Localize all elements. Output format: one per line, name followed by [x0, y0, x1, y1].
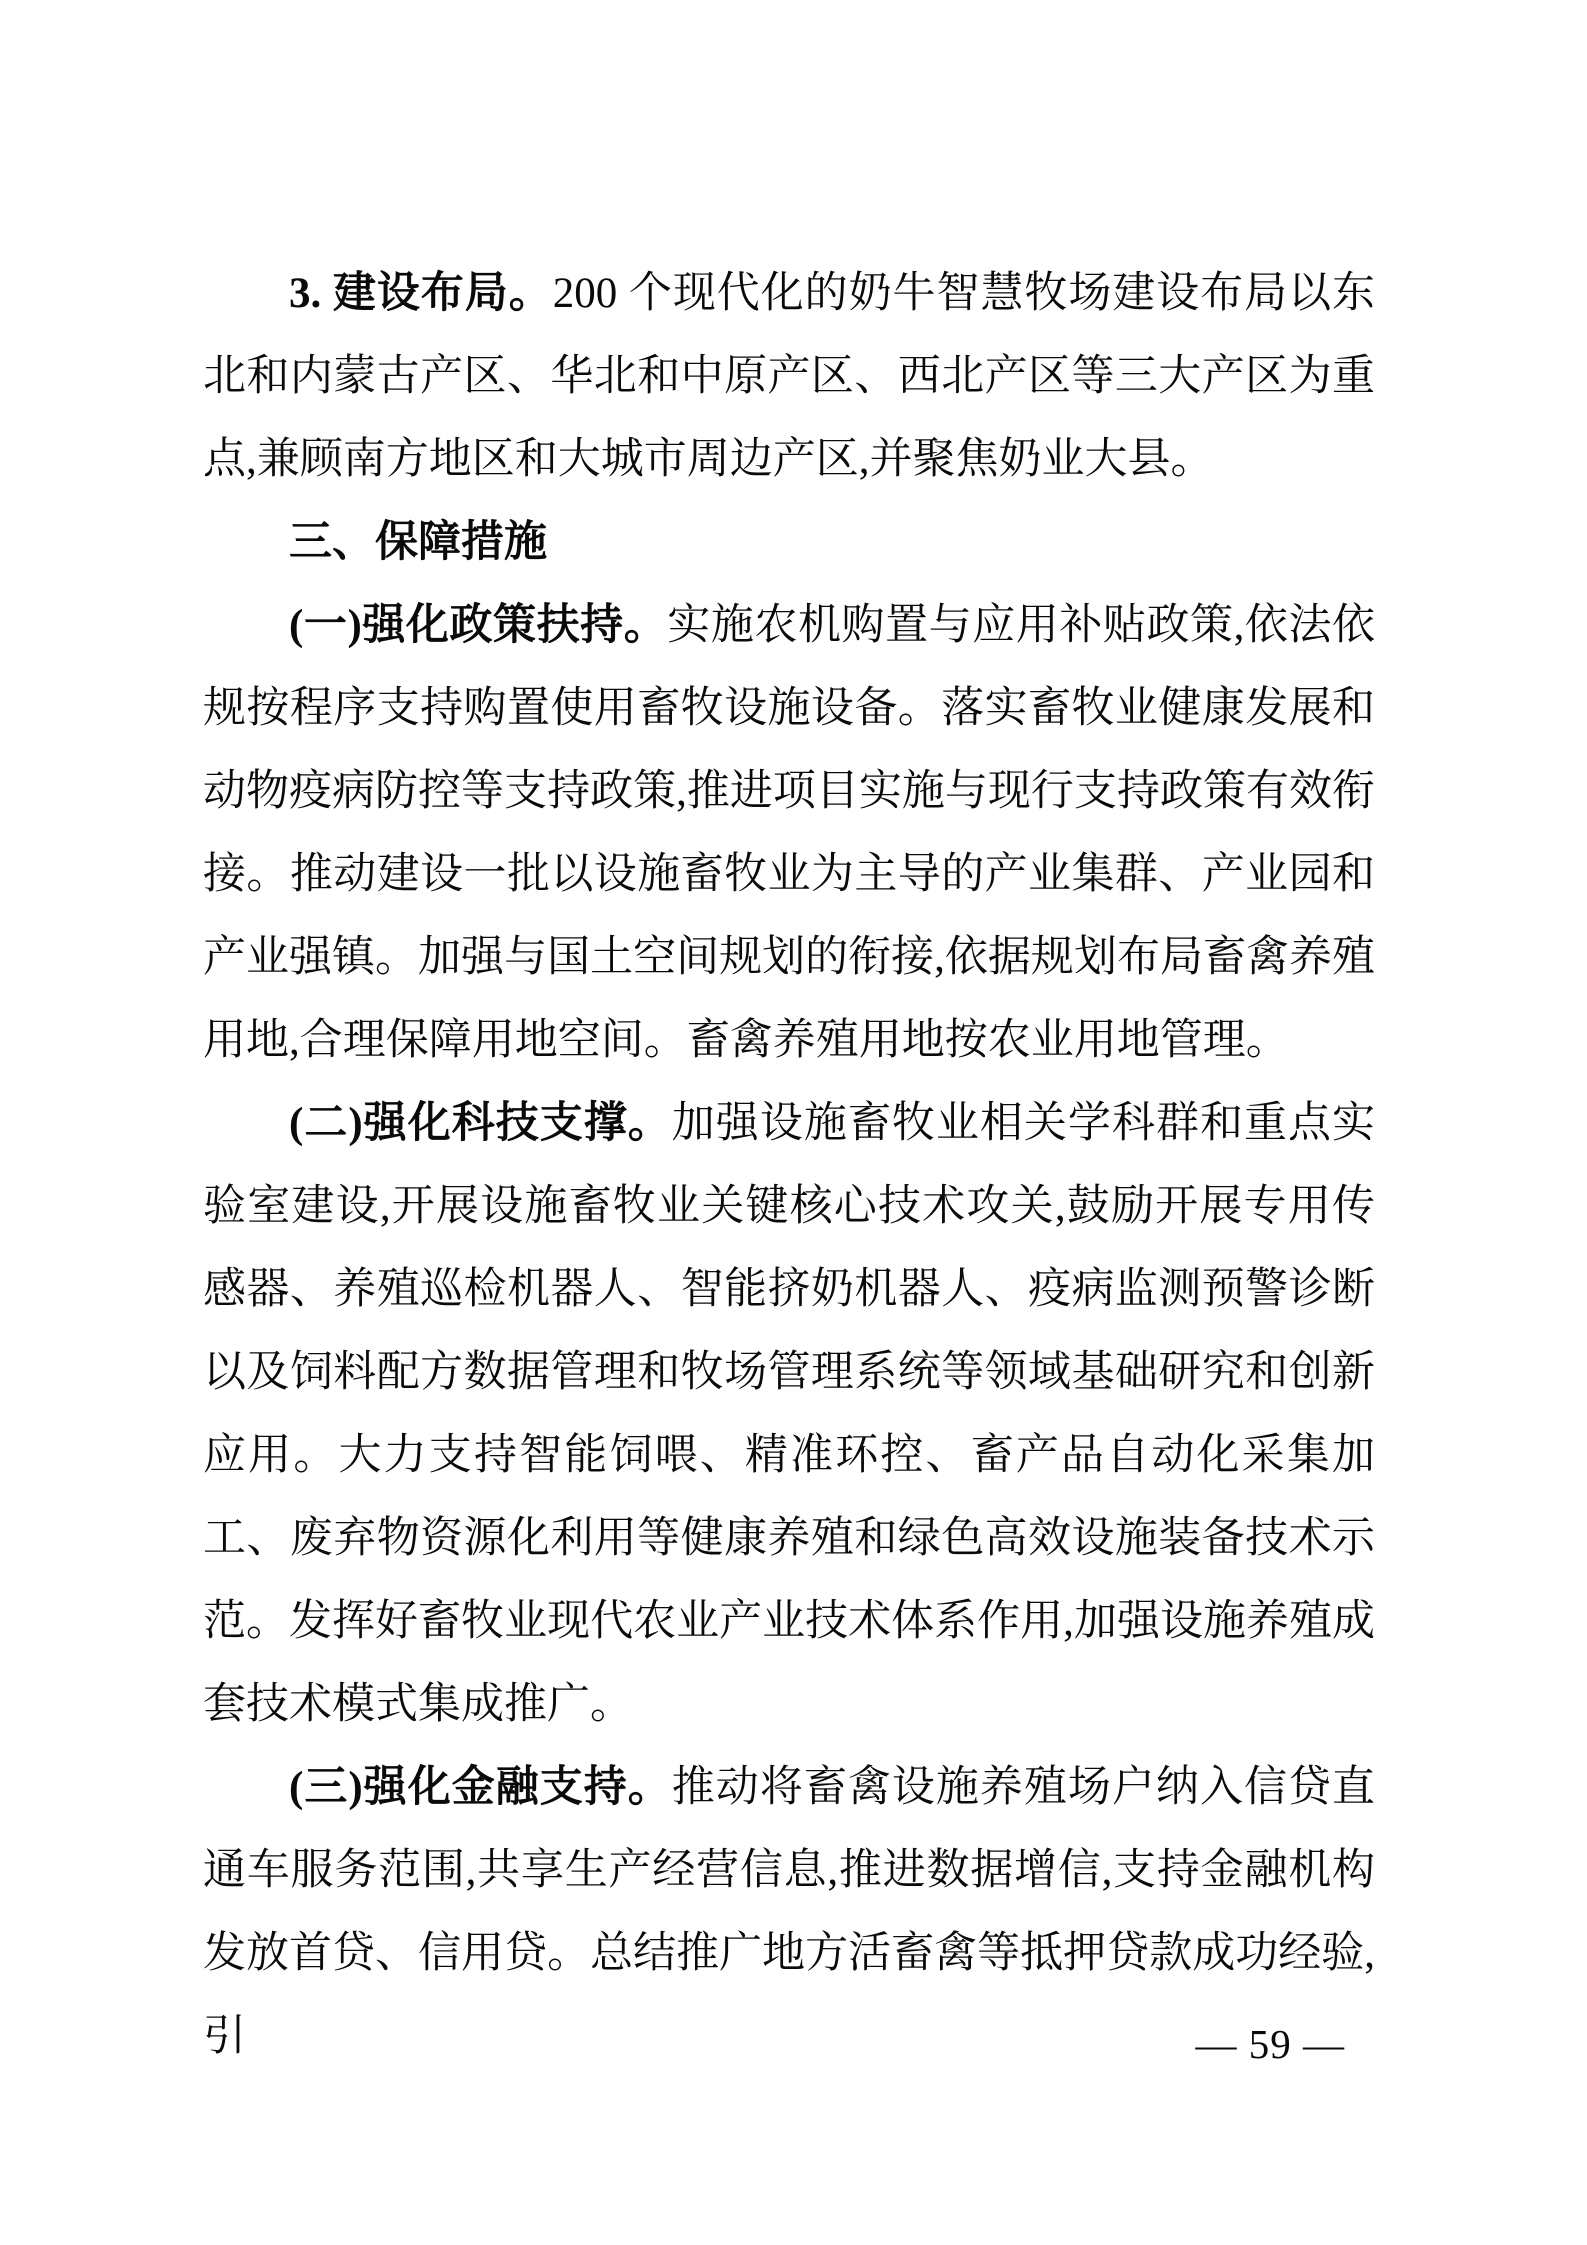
document-body: 3. 建设布局。200 个现代化的奶牛智慧牧场建设布局以东北和内蒙古产区、华北和… — [203, 252, 1375, 2078]
paragraph: 3. 建设布局。200 个现代化的奶牛智慧牧场建设布局以东北和内蒙古产区、华北和… — [203, 252, 1375, 501]
page-number: — 59 — — [1196, 2022, 1346, 2066]
paragraph-lead: (二)强化科技支撑。 — [289, 1100, 672, 1147]
paragraph-lead: 三、保障措施 — [289, 518, 547, 566]
paragraph-text: 加强设施畜牧业相关学科群和重点实验室建设,开展设施畜牧业关键核心技术攻关,鼓励开… — [203, 1100, 1375, 1728]
paragraph: (一)强化政策扶持。实施农机购置与应用补贴政策,依法依规按程序支持购置使用畜牧设… — [203, 584, 1375, 1082]
document-page: 3. 建设布局。200 个现代化的奶牛智慧牧场建设布局以东北和内蒙古产区、华北和… — [0, 0, 1587, 2245]
section-heading: 三、保障措施 — [203, 501, 1375, 584]
paragraph-lead: (三)强化金融支持。 — [289, 1764, 672, 1811]
paragraph-lead: 3. 建设布局。 — [289, 270, 553, 317]
paragraph-text: 实施农机购置与应用补贴政策,依法依规按程序支持购置使用畜牧设施设备。落实畜牧业健… — [203, 602, 1375, 1064]
paragraph-lead: (一)强化政策扶持。 — [289, 602, 667, 649]
paragraph: (二)强化科技支撑。加强设施畜牧业相关学科群和重点实验室建设,开展设施畜牧业关键… — [203, 1082, 1375, 1746]
